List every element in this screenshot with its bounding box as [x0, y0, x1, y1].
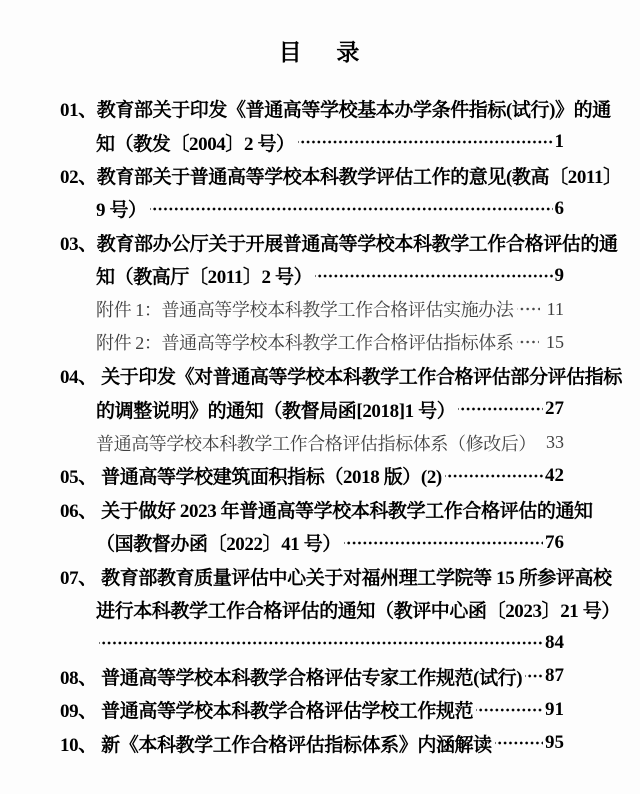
page-number: 87 [545, 665, 564, 687]
page-number: 91 [545, 699, 564, 721]
toc-line-text: 知（教发〔2004〕2 号） [96, 129, 295, 156]
page-number: 1 [555, 131, 565, 153]
toc-line: 10、 新《本科教学工作合格评估指标体系》内涵解读95 [60, 726, 564, 759]
toc-line: 附件 2：普通高等学校本科教学工作合格评估指标体系15 [60, 326, 564, 359]
toc-line: 06、 关于做好 2023 年普通高等学校本科教学工作合格评估的通知 [60, 493, 564, 526]
leader-dots [476, 693, 543, 726]
toc-line-text: 10、 新《本科教学工作合格评估指标体系》内涵解读 [60, 730, 492, 757]
toc-line: 07、 教育部教育质量评估中心关于对福州理工学院等 15 所参评高校 [60, 559, 564, 592]
toc-line-text: 01、教育部关于印发《普通高等学校基本办学条件指标(试行)》的通 [60, 95, 611, 122]
toc-line: （国教督办函〔2022〕41 号）76 [60, 526, 564, 559]
leader-dots [298, 125, 553, 158]
toc-line: 知（教高厅〔2011〕2 号）9 [60, 259, 564, 292]
toc-list: 01、教育部关于印发《普通高等学校基本办学条件指标(试行)》的通知（教发〔200… [60, 92, 564, 760]
leader-dots [517, 292, 540, 325]
toc-line: 知（教发〔2004〕2 号）1 [60, 125, 564, 158]
page-number: 33 [546, 432, 564, 453]
toc-line-text: 02、教育部关于普通高等学校本科教学评估工作的意见(教高〔2011〕 [60, 162, 622, 189]
toc-line: 进行本科教学工作合格评估的通知（教评中心函〔2023〕21 号） [60, 593, 564, 626]
toc-line: 01、教育部关于印发《普通高等学校基本办学条件指标(试行)》的通 [60, 92, 564, 125]
toc-line-text: 进行本科教学工作合格评估的通知（教评中心函〔2023〕21 号） [96, 596, 620, 623]
toc-line: 09、 普通高等学校本科教学合格评估学校工作规范91 [60, 693, 564, 726]
leader-dots [525, 660, 543, 693]
leader-dots [315, 259, 552, 292]
leader-dots [344, 526, 543, 559]
leader-dots [99, 626, 543, 659]
page-number: 76 [545, 532, 564, 554]
toc-line: 03、教育部办公厅关于开展普通高等学校本科教学工作合格评估的通 [60, 226, 564, 259]
leader-dots [517, 326, 540, 359]
toc-line-text: 附件 2：普通高等学校本科教学工作合格评估指标体系 [96, 329, 514, 355]
page-number: 27 [545, 398, 564, 420]
leader-dots [445, 459, 543, 492]
toc-line-text: 的调整说明》的通知（教督局函[2018]1 号） [96, 396, 455, 423]
toc-line-text: 05、 普通高等学校建筑面积指标（2018 版）(2) [60, 462, 442, 489]
toc-line: 的调整说明》的通知（教督局函[2018]1 号）27 [60, 393, 564, 426]
toc-line-text: 04、 关于印发《对普通高等学校本科教学工作合格评估部分评估指标 [60, 362, 622, 389]
page-number: 15 [546, 332, 564, 353]
toc-line-text: 9 号） [96, 195, 147, 222]
toc-line-text: （国教督办函〔2022〕41 号） [96, 529, 341, 556]
page-number: 6 [555, 198, 565, 220]
toc-line: 05、 普通高等学校建筑面积指标（2018 版）(2)42 [60, 459, 564, 492]
page-number: 11 [547, 299, 564, 320]
toc-title: 目 录 [0, 36, 640, 70]
toc-line: 04、 关于印发《对普通高等学校本科教学工作合格评估部分评估指标 [60, 359, 564, 392]
toc-line: 84 [60, 626, 564, 659]
page-number: 84 [545, 632, 564, 654]
toc-line-text: 03、教育部办公厅关于开展普通高等学校本科教学工作合格评估的通 [60, 229, 618, 256]
toc-line-text: 知（教高厅〔2011〕2 号） [96, 262, 312, 289]
toc-line: 08、 普通高等学校本科教学合格评估专家工作规范(试行)87 [60, 660, 564, 693]
toc-line-text: 附件 1：普通高等学校本科教学工作合格评估实施办法 [96, 296, 514, 322]
page-number: 95 [545, 732, 564, 754]
document-page: 目 录 01、教育部关于印发《普通高等学校基本办学条件指标(试行)》的通知（教发… [0, 0, 640, 794]
toc-line-text: 07、 教育部教育质量评估中心关于对福州理工学院等 15 所参评高校 [60, 563, 612, 590]
toc-line-text: 08、 普通高等学校本科教学合格评估专家工作规范(试行) [60, 663, 522, 690]
leader-dots [458, 393, 543, 426]
leader-dots [495, 726, 543, 759]
toc-line: 9 号）6 [60, 192, 564, 225]
toc-line: 02、教育部关于普通高等学校本科教学评估工作的意见(教高〔2011〕 [60, 159, 564, 192]
toc-line: 普通高等学校本科教学工作合格评估指标体系（修改后）33 [60, 426, 564, 459]
toc-line-text: 普通高等学校本科教学工作合格评估指标体系（修改后） [96, 430, 536, 456]
page-number: 9 [555, 265, 565, 287]
leader-dots [150, 192, 553, 225]
page-number: 42 [545, 465, 564, 487]
toc-line-text: 06、 关于做好 2023 年普通高等学校本科教学工作合格评估的通知 [60, 496, 593, 523]
toc-line: 附件 1：普通高等学校本科教学工作合格评估实施办法11 [60, 292, 564, 325]
toc-line-text: 09、 普通高等学校本科教学合格评估学校工作规范 [60, 696, 473, 723]
